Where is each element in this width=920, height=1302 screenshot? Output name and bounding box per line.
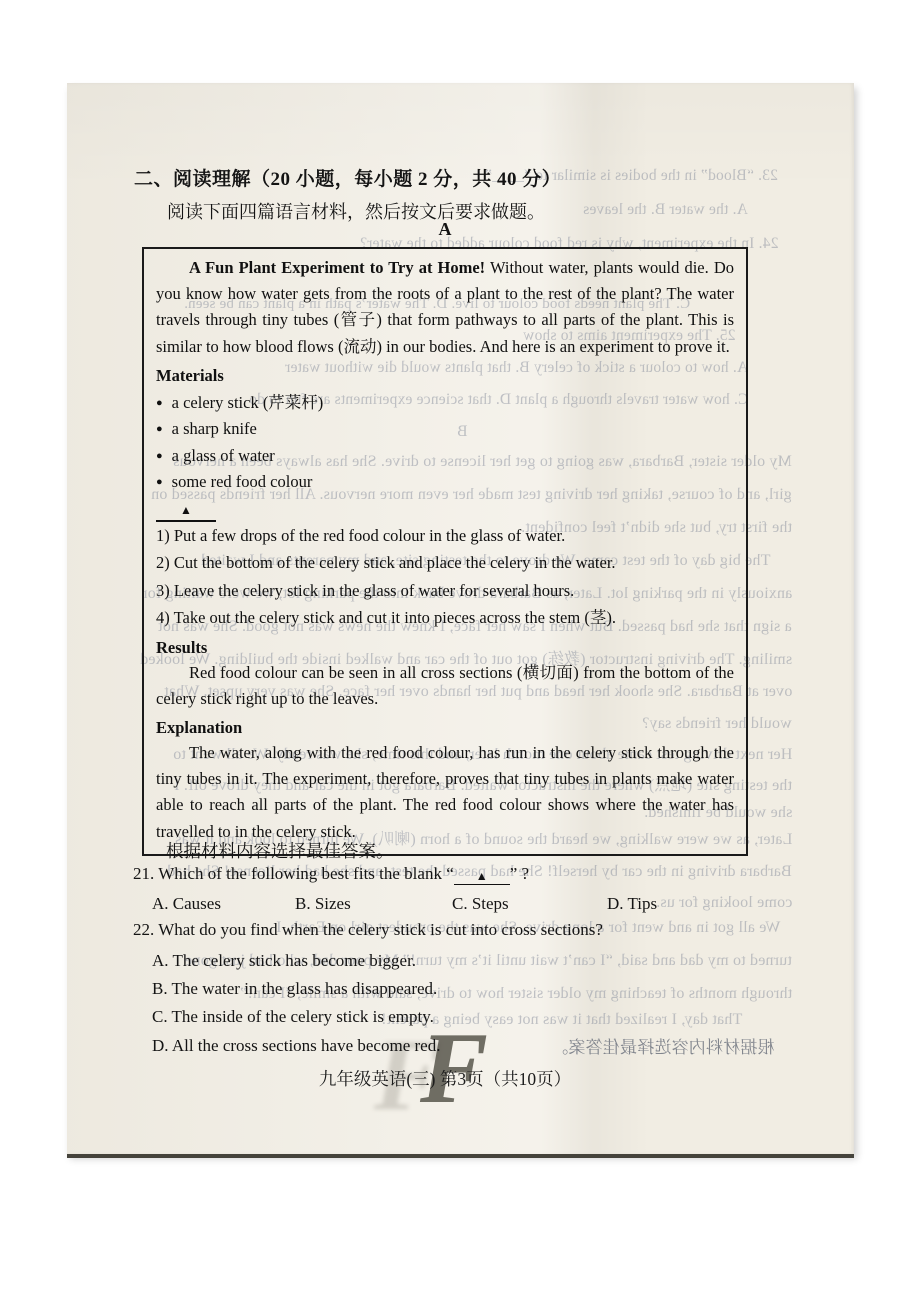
question-21: 21. Which of the following best fits the… bbox=[133, 864, 529, 885]
material-text: a glass of water bbox=[172, 446, 275, 465]
bullet-icon: ● bbox=[156, 476, 163, 488]
material-item: ●some red food colour bbox=[156, 469, 734, 496]
results-text: Red food colour can be seen in all cross… bbox=[156, 660, 734, 712]
explanation-heading: Explanation bbox=[156, 715, 734, 740]
bullet-icon: ● bbox=[156, 397, 163, 409]
material-item: ●a glass of water bbox=[156, 443, 734, 470]
passage-intro: A Fun Plant Experiment to Try at Home! W… bbox=[156, 255, 734, 360]
material-text: a sharp knife bbox=[172, 419, 257, 438]
scanned-exam-page: 23. “Blood” in the bodies is similar to … bbox=[0, 0, 920, 1302]
answer-note: 根据材料内容选择最佳答案。 bbox=[166, 838, 394, 863]
question-21-prefix: 21. Which of the following best fits the… bbox=[133, 864, 454, 883]
question-22-options: A. The celery stick has become bigger.B.… bbox=[152, 947, 440, 1060]
material-text: some red food colour bbox=[172, 472, 313, 491]
material-item: ●a celery stick (芹菜杆) bbox=[156, 390, 734, 417]
passage-label-a: A bbox=[142, 219, 748, 240]
triangle-marker: ▲ bbox=[180, 503, 192, 517]
materials-list: ●a celery stick (芹菜杆)●a sharp knife●a gl… bbox=[156, 390, 734, 496]
results-heading: Results bbox=[156, 635, 734, 660]
printed-content: 二、阅读理解（20 小题，每小题 2 分，共 40 分） 阅读下面四篇语言材料，… bbox=[0, 0, 920, 1302]
passage-title: A Fun Plant Experiment to Try at Home! bbox=[189, 258, 485, 277]
section-title: 二、阅读理解（20 小题，每小题 2 分，共 40 分） bbox=[134, 164, 561, 191]
step-item: 4) Take out the celery stick and cut it … bbox=[156, 604, 734, 631]
option-item: D. All the cross sections have become re… bbox=[152, 1032, 440, 1060]
option-item: B. Sizes bbox=[295, 894, 452, 914]
materials-blank-row: ▲ bbox=[156, 496, 734, 522]
page-footer: 九年级英语(三) 第3页（共10页） bbox=[142, 1066, 748, 1091]
question-21-options: A. CausesB. SizesC. StepsD. Tips bbox=[152, 894, 657, 914]
option-item: B. The water in the glass has disappeare… bbox=[152, 975, 440, 1003]
step-item: 1) Put a few drops of the red food colou… bbox=[156, 522, 734, 549]
step-item: 3) Leave the celery stick in the glass o… bbox=[156, 577, 734, 604]
option-item: D. Tips bbox=[607, 894, 657, 914]
triangle-marker: ▲ bbox=[476, 869, 488, 883]
blank-underline: ▲ bbox=[156, 501, 216, 522]
passage-box: A Fun Plant Experiment to Try at Home! W… bbox=[142, 247, 748, 856]
option-item: A. The celery stick has become bigger. bbox=[152, 947, 440, 975]
materials-heading: Materials bbox=[156, 363, 734, 388]
step-item: 2) Cut the bottom of the celery stick an… bbox=[156, 549, 734, 576]
question-21-blank: ▲ bbox=[454, 868, 510, 885]
option-item: C. The inside of the celery stick is emp… bbox=[152, 1003, 440, 1031]
material-item: ●a sharp knife bbox=[156, 416, 734, 443]
explanation-text: The water, along with the red food colou… bbox=[156, 740, 734, 845]
bullet-icon: ● bbox=[156, 450, 163, 462]
question-22: 22. What do you find when the celery sti… bbox=[133, 920, 603, 940]
question-21-suffix: ” ? bbox=[510, 864, 529, 883]
bullet-icon: ● bbox=[156, 423, 163, 435]
material-text: a celery stick (芹菜杆) bbox=[172, 393, 324, 412]
steps-list: 1) Put a few drops of the red food colou… bbox=[156, 522, 734, 632]
option-item: A. Causes bbox=[152, 894, 295, 914]
option-item: C. Steps bbox=[452, 894, 607, 914]
